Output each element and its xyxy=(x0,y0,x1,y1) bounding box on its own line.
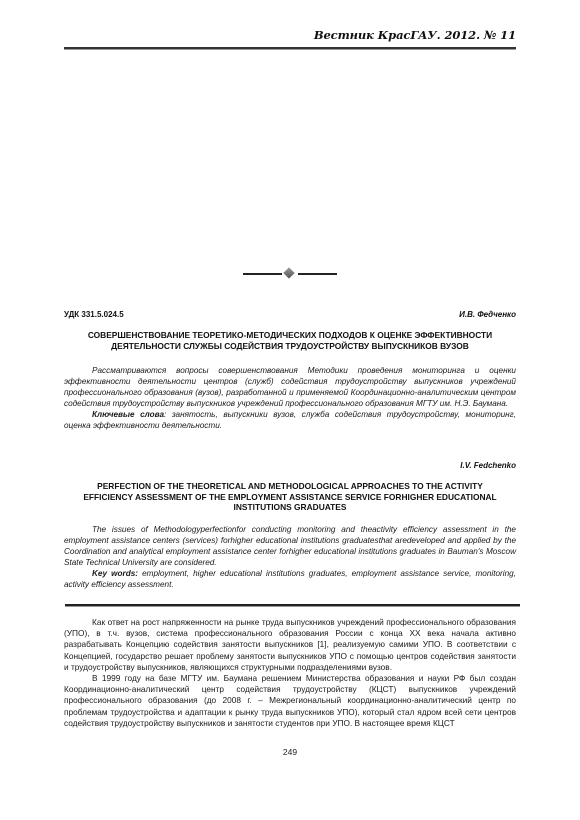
title-en-line-1: PERFECTION OF THE THEORETICAL AND METHOD… xyxy=(64,481,516,492)
title-ru-line-2: ДЕЯТЕЛЬНОСТИ СЛУЖБЫ СОДЕЙСТВИЯ ТРУДОУСТР… xyxy=(64,341,516,352)
page-number: 249 xyxy=(0,747,580,757)
header-rule xyxy=(64,47,516,50)
body-paragraph-2: В 1999 году на базе МГТУ им. Баумана реш… xyxy=(64,673,516,729)
udk-code: УДК 331.5.024.5 xyxy=(64,310,124,319)
body-paragraph-1: Как ответ на рост напряженности на рынке… xyxy=(64,617,516,673)
body-separator-rule xyxy=(65,604,520,607)
abstract-en: The issues of Methodologyperfectionfor c… xyxy=(64,524,516,590)
divider-line-right xyxy=(298,273,337,275)
article-title-en: PERFECTION OF THE THEORETICAL AND METHOD… xyxy=(64,481,516,513)
abstract-ru: Рассматриваются вопросы совершенствовани… xyxy=(64,365,516,431)
title-en-line-3: INSTITUTIONS GRADUATES xyxy=(64,502,516,513)
keywords-ru: Ключевые слова: занятость, выпускники ву… xyxy=(64,409,516,431)
keywords-en-label: Key words: xyxy=(92,569,138,578)
abstract-en-text: The issues of Methodologyperfectionfor c… xyxy=(64,524,516,568)
author-ru: И.В. Федченко xyxy=(459,310,516,319)
author-en: I.V. Fedchenko xyxy=(64,461,516,470)
abstract-ru-text: Рассматриваются вопросы совершенствовани… xyxy=(64,365,516,409)
udk-author-row: УДК 331.5.024.5 И.В. Федченко xyxy=(64,310,516,319)
diamond-icon xyxy=(283,267,294,278)
title-ru-line-1: СОВЕРШЕНСТВОВАНИЕ ТЕОРЕТИКО-МЕТОДИЧЕСКИХ… xyxy=(64,330,516,341)
article-body: Как ответ на рост напряженности на рынке… xyxy=(64,617,516,729)
diamond-divider-icon xyxy=(243,268,337,280)
divider-line-left xyxy=(243,273,282,275)
journal-running-header: Вестник КрасГАУ. 2012. № 11 xyxy=(64,28,516,42)
article-title-ru: СОВЕРШЕНСТВОВАНИЕ ТЕОРЕТИКО-МЕТОДИЧЕСКИХ… xyxy=(64,330,516,352)
keywords-ru-label: Ключевые слова xyxy=(92,410,164,419)
keywords-en: Key words: employment, higher educationa… xyxy=(64,568,516,590)
journal-page: Вестник КрасГАУ. 2012. № 11 УДК 331.5.02… xyxy=(0,0,580,820)
title-en-line-2: EFFICIENCY ASSESSMENT OF THE EMPLOYMENT … xyxy=(64,492,516,503)
